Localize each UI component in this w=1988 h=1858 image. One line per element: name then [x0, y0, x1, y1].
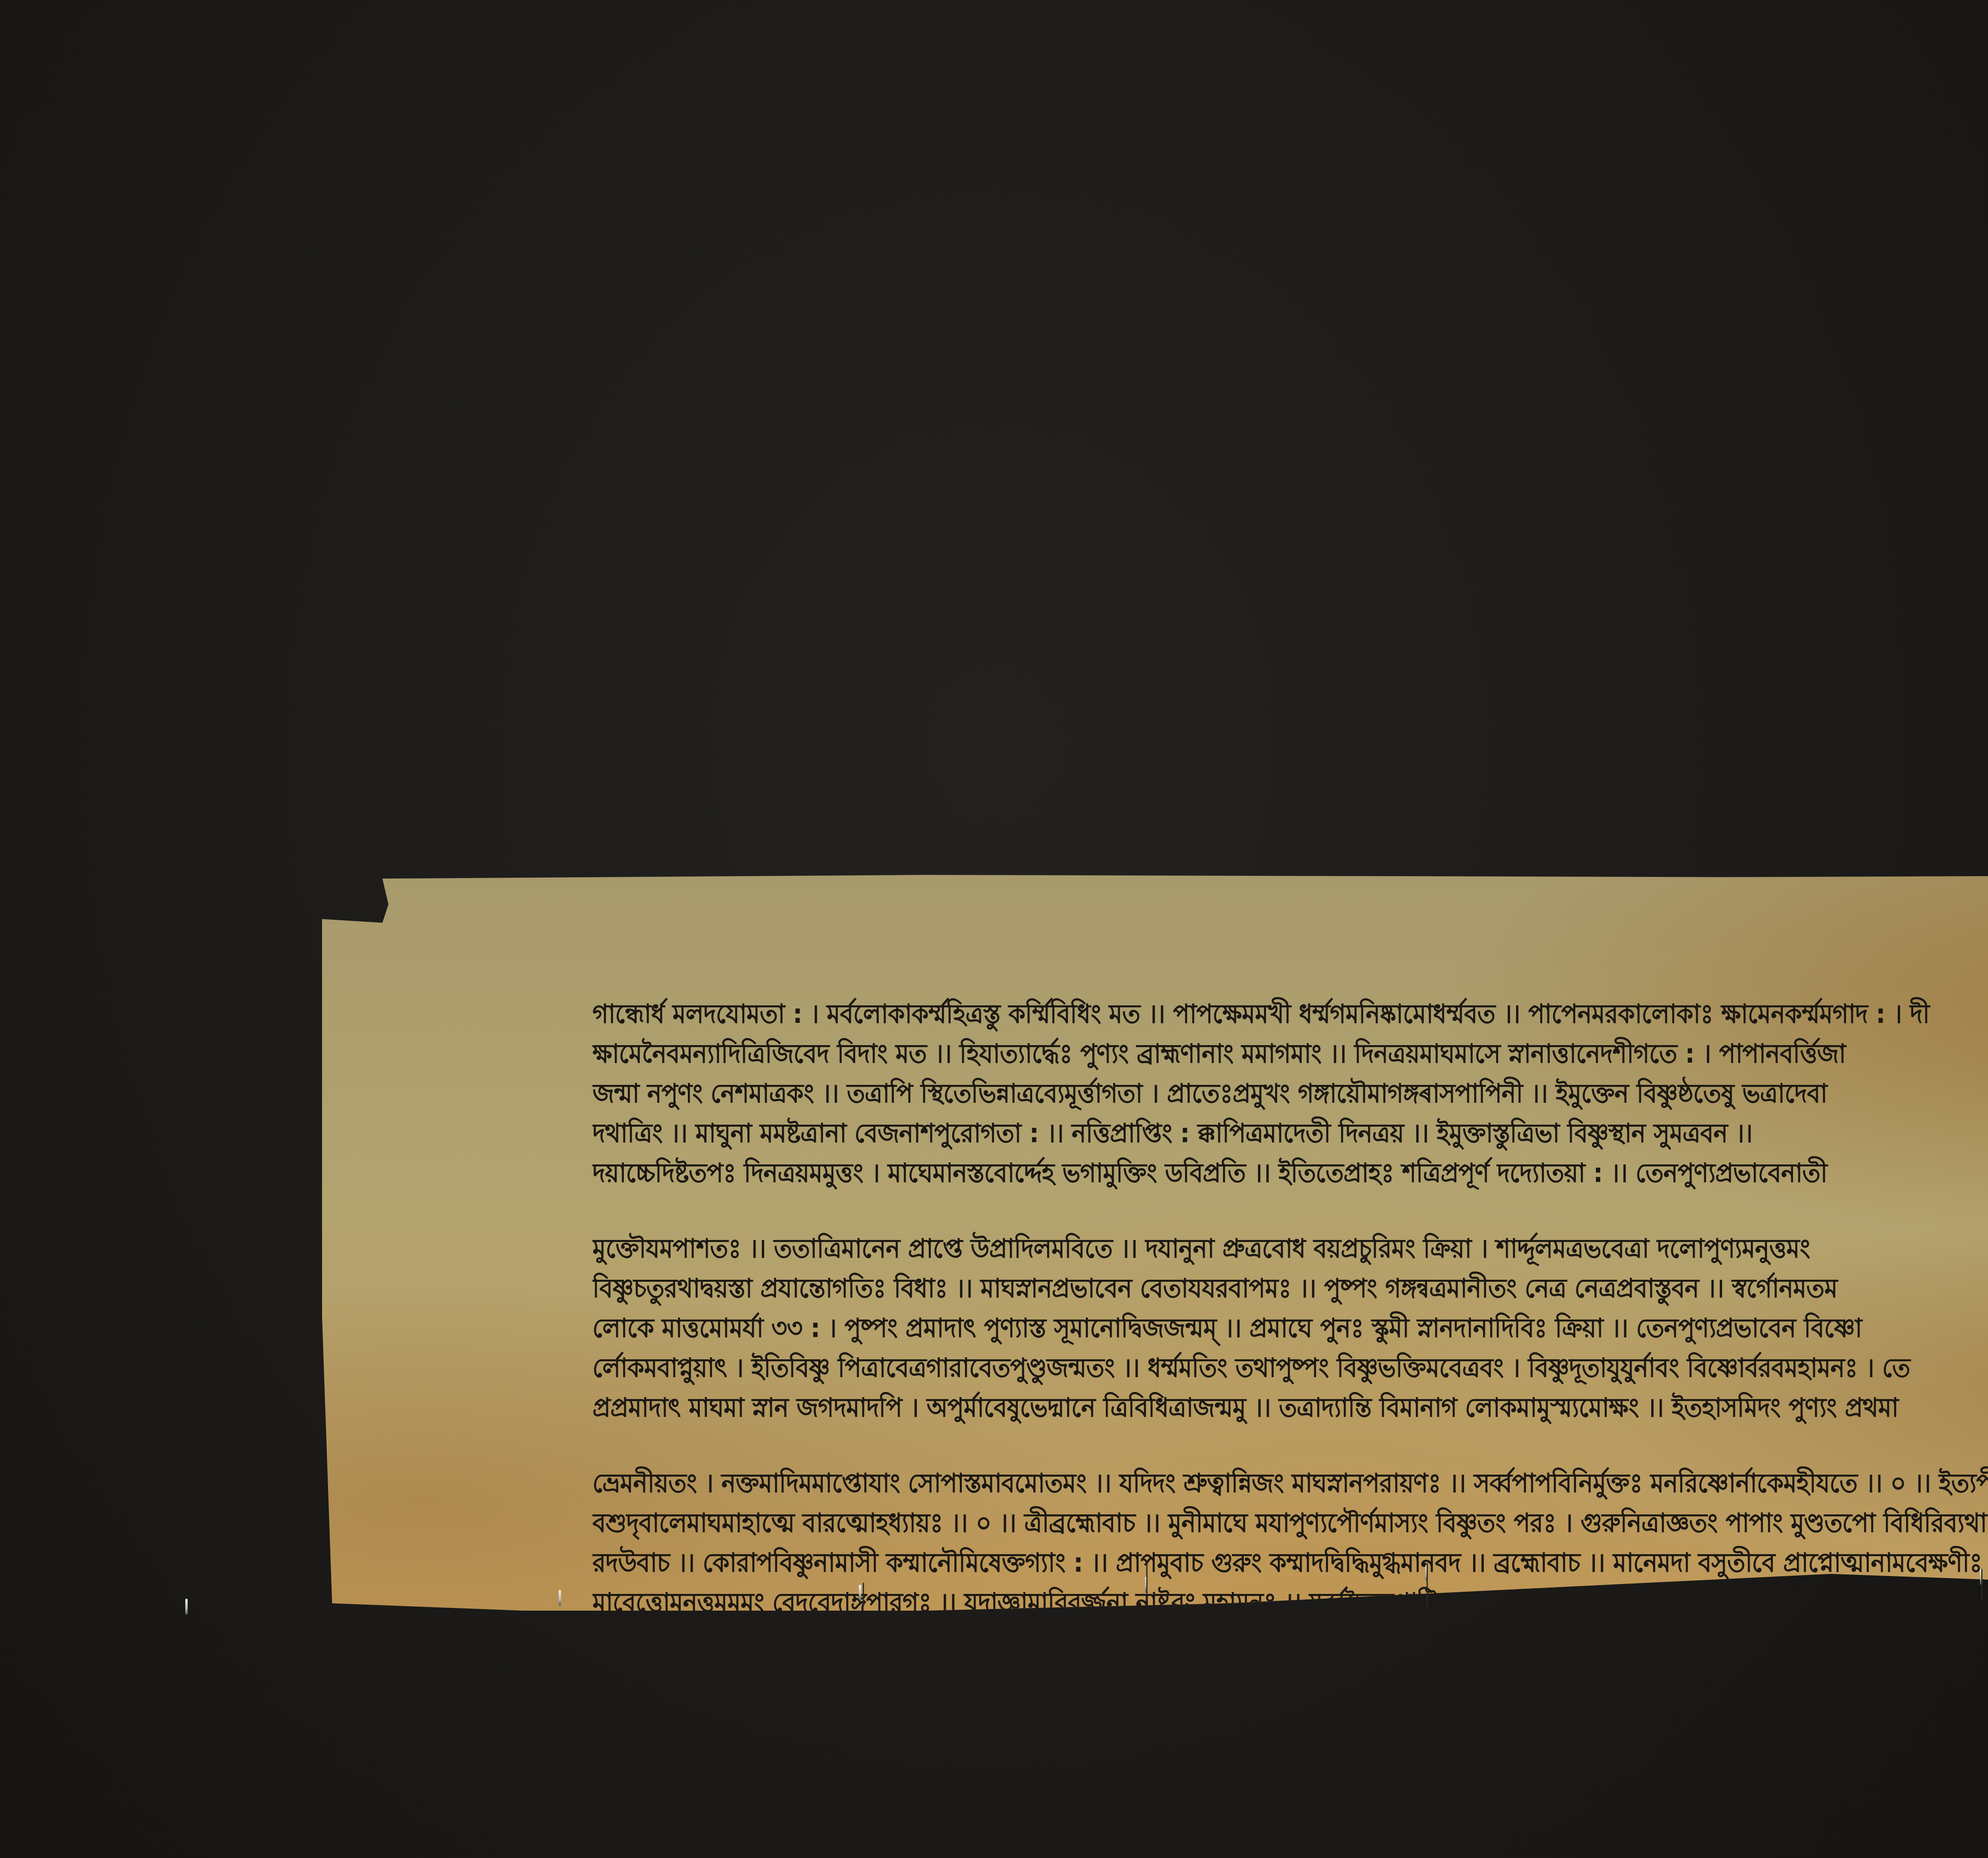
text-line: র্লোকমবাপ্নুয়াৎ । ইতিবিষ্ণু পিত্রাবেত্র… — [592, 1348, 1988, 1388]
text-line: বশুদৃবালেমাঘমাহাত্মে বারত্মোহধ্যায়ঃ ।। … — [592, 1503, 1988, 1543]
paragraph-1: গান্ধোর্ধ মলদযোমতা : । মর্বলোকাকর্ম্মহিত… — [592, 994, 1988, 1193]
manuscript-text: গান্ধোর্ধ মলদযোমতা : । মর্বলোকাকর্ম্মহিত… — [592, 994, 1988, 1698]
text-line: ক্ষামেনৈবমন্যাদিত্রিজিবেদ বিদাং মত ।। হি… — [592, 1034, 1988, 1074]
pin-stem — [1981, 1569, 1982, 1601]
pin-stem — [1427, 1563, 1428, 1607]
text-line: প্রপ্রমাদাৎ মাঘমা স্নান জগদমাদপি । অপুর্… — [592, 1388, 1988, 1428]
pin-icon — [859, 1585, 861, 1601]
text-line: জন্মা নপুণং নেশমাত্রকং ।। তত্রাপি স্থিতে… — [592, 1074, 1988, 1114]
text-line: দথাত্রিং ।। মাঘুনা মমষ্টত্রানা বেজনাশপুর… — [592, 1114, 1988, 1153]
manuscript-folio: গান্ধোর্ধ মলদযোমতা : । মর্বলোকাকর্ম্মহিত… — [322, 875, 1988, 1611]
paragraph-2: মুক্তৌযমপাশতঃ ।। ততাত্রিমানেন প্রাপ্তে উ… — [592, 1229, 1988, 1428]
pin-stem — [1146, 1563, 1147, 1595]
photo-stage: গান্ধোর্ধ মলদযোমতা : । মর্বলোকাকর্ম্মহিত… — [0, 0, 1988, 1858]
pin-icon — [185, 1599, 188, 1615]
text-line: বিষ্ণুচতুরথাদ্বয়স্তা প্রযান্তোগতিঃ বিধা… — [592, 1269, 1988, 1308]
text-line: নাত । এমাসাপিমাহিবেক্ষীমাম নিষ্কঃ কৌশিকগ… — [592, 1623, 1988, 1662]
paragraph-3: ভ্রেমনীয়তং । নক্তমাদিমমাপ্তোযাং সোপাস্ত… — [592, 1463, 1988, 1662]
text-line: মাবেত্তোমনুত্তমমমং বেদবেদাঙ্গপারগঃ ।। যদ… — [592, 1583, 1988, 1623]
text-line: মুক্তৌযমপাশতঃ ।। ততাত্রিমানেন প্রাপ্তে উ… — [592, 1229, 1988, 1269]
pin-stem — [863, 1583, 864, 1607]
text-line: গান্ধোর্ধ মলদযোমতা : । মর্বলোকাকর্ম্মহিত… — [592, 994, 1988, 1034]
pin-icon — [559, 1590, 561, 1606]
text-line: রদউবাচ ।। কোরাপবিষ্ণুনামাসী কম্মানৌমিষেক… — [592, 1543, 1988, 1583]
text-line: ভ্রেমনীয়তং । নক্তমাদিমমাপ্তোযাং সোপাস্ত… — [592, 1463, 1988, 1503]
text-line: দয়াচ্চেদিষ্টতপঃ দিনত্রয়মমুত্তং । মাঘেম… — [592, 1153, 1988, 1193]
text-line: লোকে মাত্তমোমর্যা ৩৩ : । পুষ্পং প্রমাদাৎ… — [592, 1308, 1988, 1348]
